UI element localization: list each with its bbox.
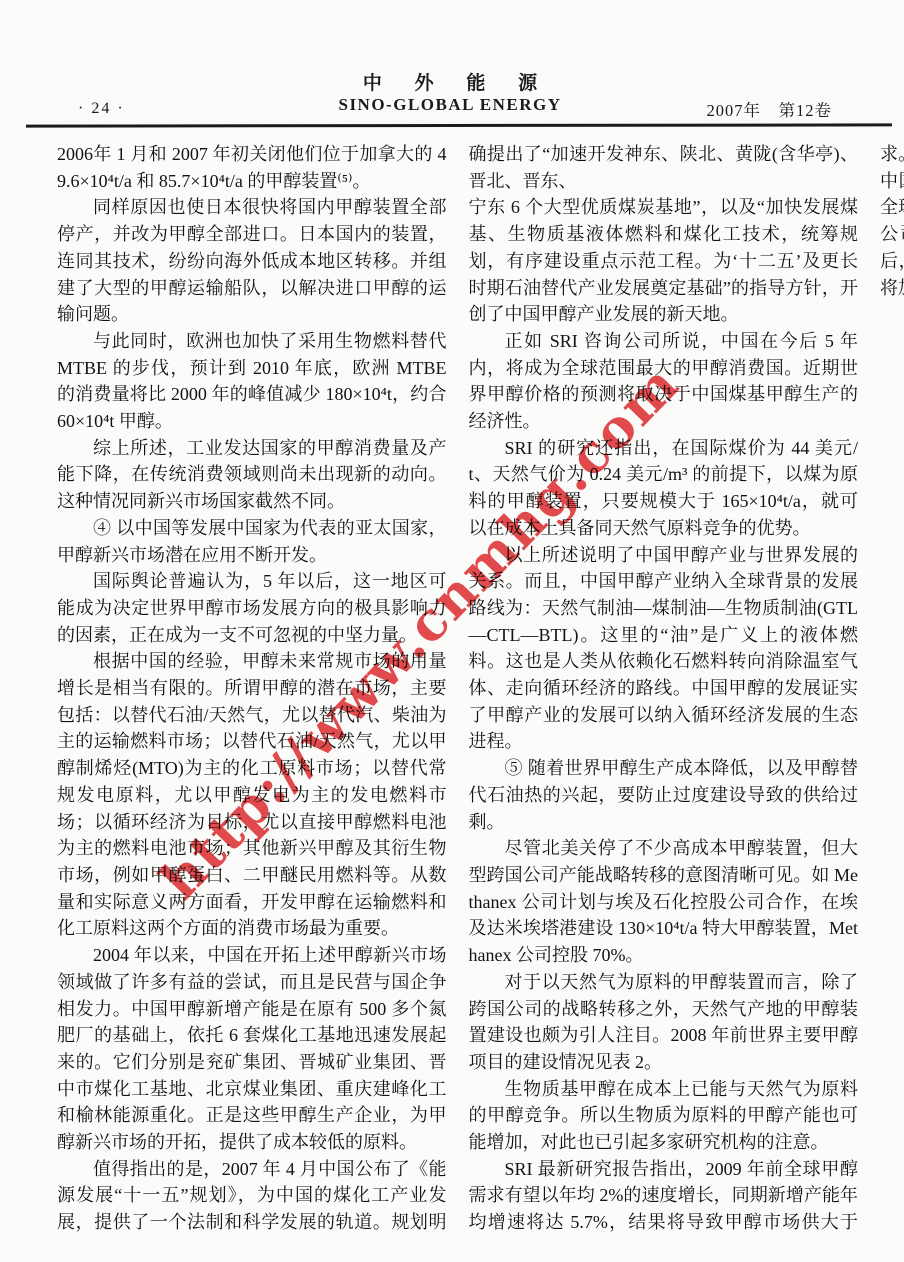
header-row: · 24 · SINO-GLOBAL ENERGY 2007年 第12卷 [30,95,870,117]
paragraph: 尽管北美关停了不少高成本甲醇装置，但大型跨国公司产能战略转移的意图清晰可见。如 … [469,835,859,969]
paragraph: 2004 年以来，中国在开拓上述甲醇新兴市场领域做了许多有益的尝试，而且是民营与… [57,942,447,1156]
paragraph: 同样原因也使日本很快将国内甲醇装置全部停产，并改为甲醇全部进口。日本国内的装置，… [57,194,447,328]
paragraph: 生物质基甲醇在成本上已能与天然气为原料的甲醇竞争。所以生物质为原料的甲醇产能也可… [469,1076,859,1156]
paragraph: 与此同时，欧洲也加快了采用生物燃料替代 MTBE 的步伐，预计到 2010 年底… [57,328,447,435]
header-divider [26,123,892,127]
paragraph: 根据中国的经验，甲醇未来常规市场的用量增长是相当有限的。所谓甲醇的潜在市场，主要… [57,648,447,942]
paragraph: ④ 以中国等发展中国家为代表的亚太国家，甲醇新兴市场潜在应用不断开发。 [57,515,447,568]
paragraph: 宁东 6 个大型优质煤炭基地”，以及“加快发展煤基、生物质基液体燃料和煤化工技术… [469,194,859,328]
paragraph: 综上所述，工业发达国家的甲醇消费量及产能下降，在传统消费领域则尚未出现新的动向。… [57,435,447,515]
paragraph: 对于以天然气为原料的甲醇装置而言，除了跨国公司的战略转移之外，天然气产地的甲醇装… [469,969,859,1076]
paragraph: 正如 SRI 咨询公司所说，中国在今后 5 年内，将成为全球范围最大的甲醇消费国… [469,328,859,435]
journal-page: 中 外 能 源 · 24 · SINO-GLOBAL ENERGY 2007年 … [0,0,904,1262]
paragraph: 2006年 1 月和 2007 年初关闭他们位于加拿大的 49.6×10⁴t/a… [57,141,447,194]
page-header: 中 外 能 源 · 24 · SINO-GLOBAL ENERGY 2007年 … [30,68,870,126]
paragraph: 国际舆论普遍认为，5 年以后，这一地区可能成为决定世界甲醇市场发展方向的极具影响… [57,568,447,648]
paragraph: ⑤ 随着世界甲醇生产成本降低，以及甲醇替代石油热的兴起，要防止过度建设导致的供给… [469,755,859,835]
paragraph: SRI 的研究还指出，在国际煤价为 44 美元/t、天然气价为 0.24 美元/… [469,435,859,542]
article-body: 2006年 1 月和 2007 年初关闭他们位于加拿大的 49.6×10⁴t/a… [57,141,858,1248]
issue-info: 2007年 第12卷 [707,97,833,121]
journal-title-cn: 中 外 能 源 [30,68,870,95]
paragraph: 以上所述说明了中国甲醇产业与世界发展的关系。而且，中国甲醇产业纳入全球背景的发展… [469,542,859,756]
